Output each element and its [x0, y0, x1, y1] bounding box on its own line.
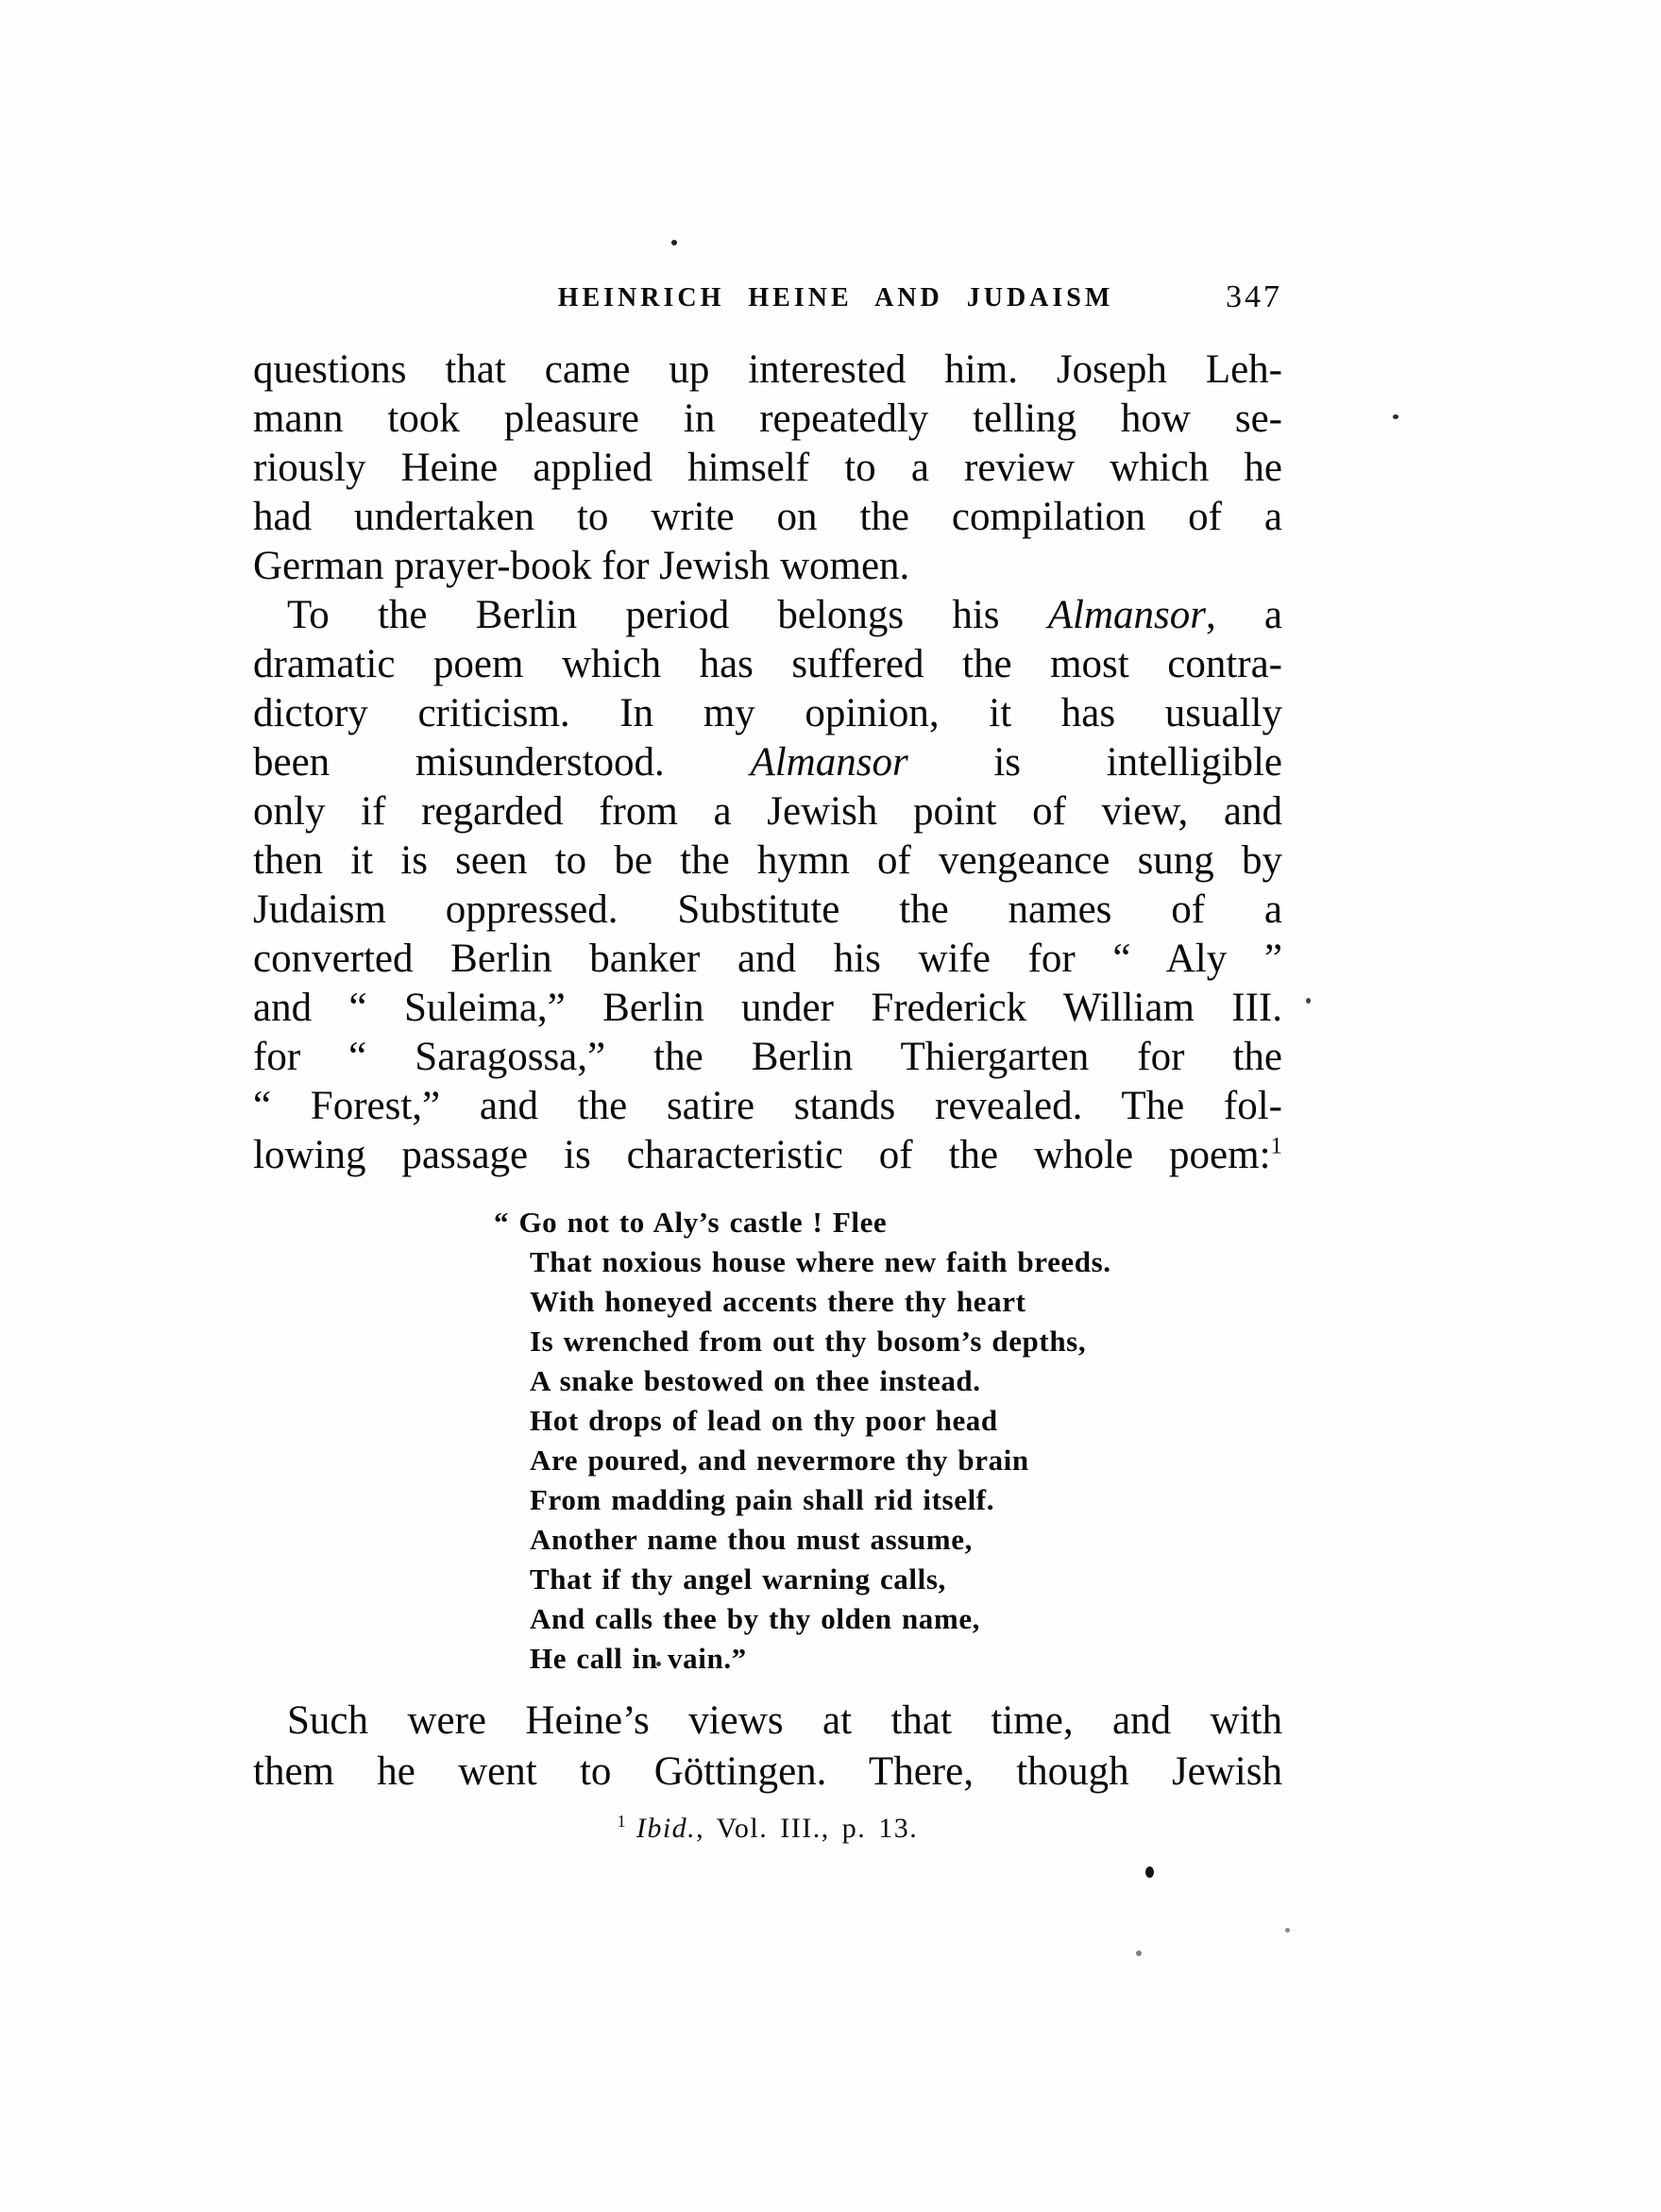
- verse-line: That if thy angel warning calls,: [494, 1560, 1282, 1599]
- scan-speck: [671, 240, 677, 245]
- verse-line: With honeyed accents there thy heart: [494, 1282, 1282, 1322]
- text-line: questions that came up interested him. J…: [253, 346, 1282, 395]
- opening-paragraph: questions that came up interested him. J…: [253, 346, 1282, 591]
- text-line: them he went to Göttingen. There, though…: [253, 1747, 1282, 1798]
- scan-speck: [656, 1662, 661, 1666]
- verse-line: Hot drops of lead on thy poor head: [494, 1401, 1282, 1441]
- text-block: questions that came up interested him. J…: [253, 346, 1282, 1845]
- text-line: then it is seen to be the hymn of vengea…: [253, 836, 1282, 886]
- almansor-paragraph: To the Berlin period belongs his Almanso…: [253, 591, 1282, 1180]
- verse-line: And calls thee by thy olden name,: [494, 1599, 1282, 1639]
- verse-line: A snake bestowed on thee instead.: [494, 1361, 1282, 1401]
- text-line: had undertaken to write on the compilati…: [253, 493, 1282, 542]
- scan-speck: [1285, 1928, 1290, 1933]
- text-line: dictory criticism. In my opinion, it has…: [253, 689, 1282, 738]
- verse-line: Is wrenched from out thy bosom’s depths,: [494, 1322, 1282, 1361]
- verse-line: Another name thou must assume,: [494, 1520, 1282, 1560]
- verse-line: From madding pain shall rid itself.: [494, 1480, 1282, 1520]
- text-line: Such were Heine’s views at that time, an…: [253, 1696, 1282, 1747]
- text-line: mann took pleasure in repeatedly telling…: [253, 395, 1282, 444]
- text-line: 1 Ibid., Vol. III., p. 13.: [253, 1813, 1282, 1845]
- text-line: Judaism oppressed. Substitute the names …: [253, 886, 1282, 935]
- verse-line: He call in vain.”: [494, 1639, 1282, 1679]
- scan-speck: [1306, 998, 1311, 1004]
- scan-speck: [1145, 1866, 1154, 1878]
- scan-speck: [1393, 414, 1398, 419]
- page-header: HEINRICH HEINE AND JUDAISM 347: [253, 279, 1282, 319]
- text-line: “ Forest,” and the satire stands reveale…: [253, 1082, 1282, 1131]
- page-number: 347: [1226, 279, 1282, 315]
- text-line: converted Berlin banker and his wife for…: [253, 935, 1282, 984]
- closing-paragraph: Such were Heine’s views at that time, an…: [253, 1696, 1282, 1798]
- verse-line: That noxious house where new faith breed…: [494, 1242, 1282, 1282]
- text-line: been misunderstood. Almansor is intellig…: [253, 738, 1282, 787]
- text-line: dramatic poem which has suffered the mos…: [253, 640, 1282, 689]
- footnote: 1 Ibid., Vol. III., p. 13.: [253, 1813, 1282, 1845]
- text-line: for “ Saragossa,” the Berlin Thiergarten…: [253, 1033, 1282, 1082]
- text-line: lowing passage is characteristic of the …: [253, 1131, 1282, 1180]
- page-content: HEINRICH HEINE AND JUDAISM 347 questions…: [253, 279, 1282, 1845]
- book-page: HEINRICH HEINE AND JUDAISM 347 questions…: [0, 0, 1661, 2212]
- verse-line: “ Go not to Aly’s castle ! Flee: [494, 1203, 1282, 1242]
- running-title: HEINRICH HEINE AND JUDAISM: [558, 283, 1114, 313]
- scan-speck: [1136, 1950, 1142, 1956]
- text-line: German prayer-book for Jewish women.: [253, 542, 1282, 591]
- text-line: and “ Suleima,” Berlin under Frederick W…: [253, 984, 1282, 1033]
- text-line: To the Berlin period belongs his Almanso…: [253, 591, 1282, 640]
- poem-quote: “ Go not to Aly’s castle ! FleeThat noxi…: [494, 1203, 1282, 1679]
- text-line: riously Heine applied himself to a revie…: [253, 444, 1282, 493]
- text-line: only if regarded from a Jewish point of …: [253, 787, 1282, 836]
- verse-line: Are poured, and nevermore thy brain: [494, 1441, 1282, 1480]
